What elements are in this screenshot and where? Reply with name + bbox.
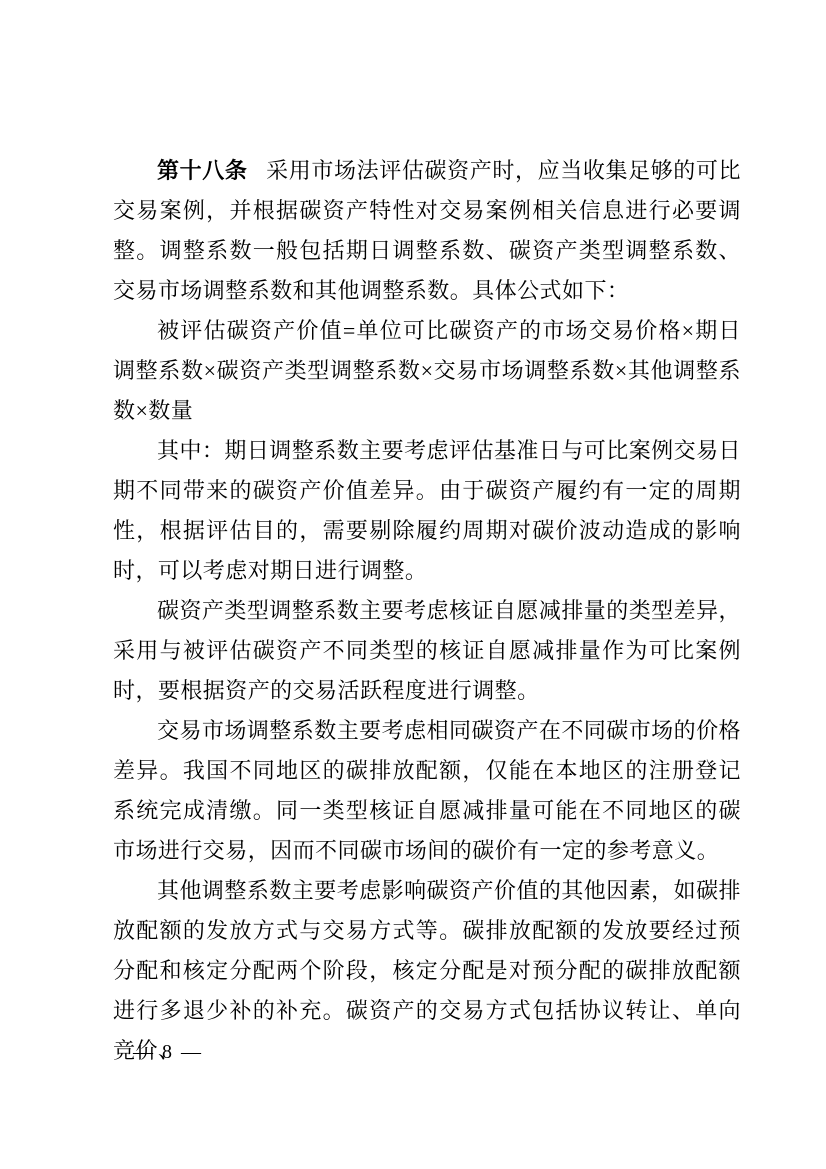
paragraph-formula: 被评估碳资产价值=单位可比碳资产的市场交易价格×期日调整系数×碳资产类型调整系数… bbox=[113, 311, 741, 431]
paragraph-date-adjustment: 其中：期日调整系数主要考虑评估基准日与可比案例交易日期不同带来的碳资产价值差异。… bbox=[113, 431, 741, 591]
paragraph-text: 交易市场调整系数主要考虑相同碳资产在不同碳市场的价格差异。我国不同地区的碳排放配… bbox=[113, 718, 741, 863]
article-number-label: 第十八条 bbox=[157, 158, 247, 183]
paragraph-other-adjustment: 其他调整系数主要考虑影响碳资产价值的其他因素，如碳排放配额的发放方式与交易方式等… bbox=[113, 871, 741, 1071]
page-number: — 8 — bbox=[133, 1040, 203, 1064]
paragraph-text: 其中：期日调整系数主要考虑评估基准日与可比案例交易日期不同带来的碳资产价值差异。… bbox=[113, 438, 741, 583]
paragraph-market-adjustment: 交易市场调整系数主要考虑相同碳资产在不同碳市场的价格差异。我国不同地区的碳排放配… bbox=[113, 711, 741, 871]
paragraph-text: 碳资产类型调整系数主要考虑核证自愿减排量的类型差异，采用与被评估碳资产不同类型的… bbox=[113, 598, 741, 703]
paragraph-text: 其他调整系数主要考虑影响碳资产价值的其他因素，如碳排放配额的发放方式与交易方式等… bbox=[113, 878, 741, 1063]
paragraph-text: 被评估碳资产价值=单位可比碳资产的市场交易价格×期日调整系数×碳资产类型调整系数… bbox=[113, 318, 741, 423]
document-body: 第十八条采用市场法评估碳资产时，应当收集足够的可比交易案例，并根据碳资产特性对交… bbox=[113, 151, 741, 1071]
paragraph-article-18: 第十八条采用市场法评估碳资产时，应当收集足够的可比交易案例，并根据碳资产特性对交… bbox=[113, 151, 741, 311]
document-page: 第十八条采用市场法评估碳资产时，应当收集足够的可比交易案例，并根据碳资产特性对交… bbox=[0, 0, 826, 1169]
paragraph-asset-type-adjustment: 碳资产类型调整系数主要考虑核证自愿减排量的类型差异，采用与被评估碳资产不同类型的… bbox=[113, 591, 741, 711]
